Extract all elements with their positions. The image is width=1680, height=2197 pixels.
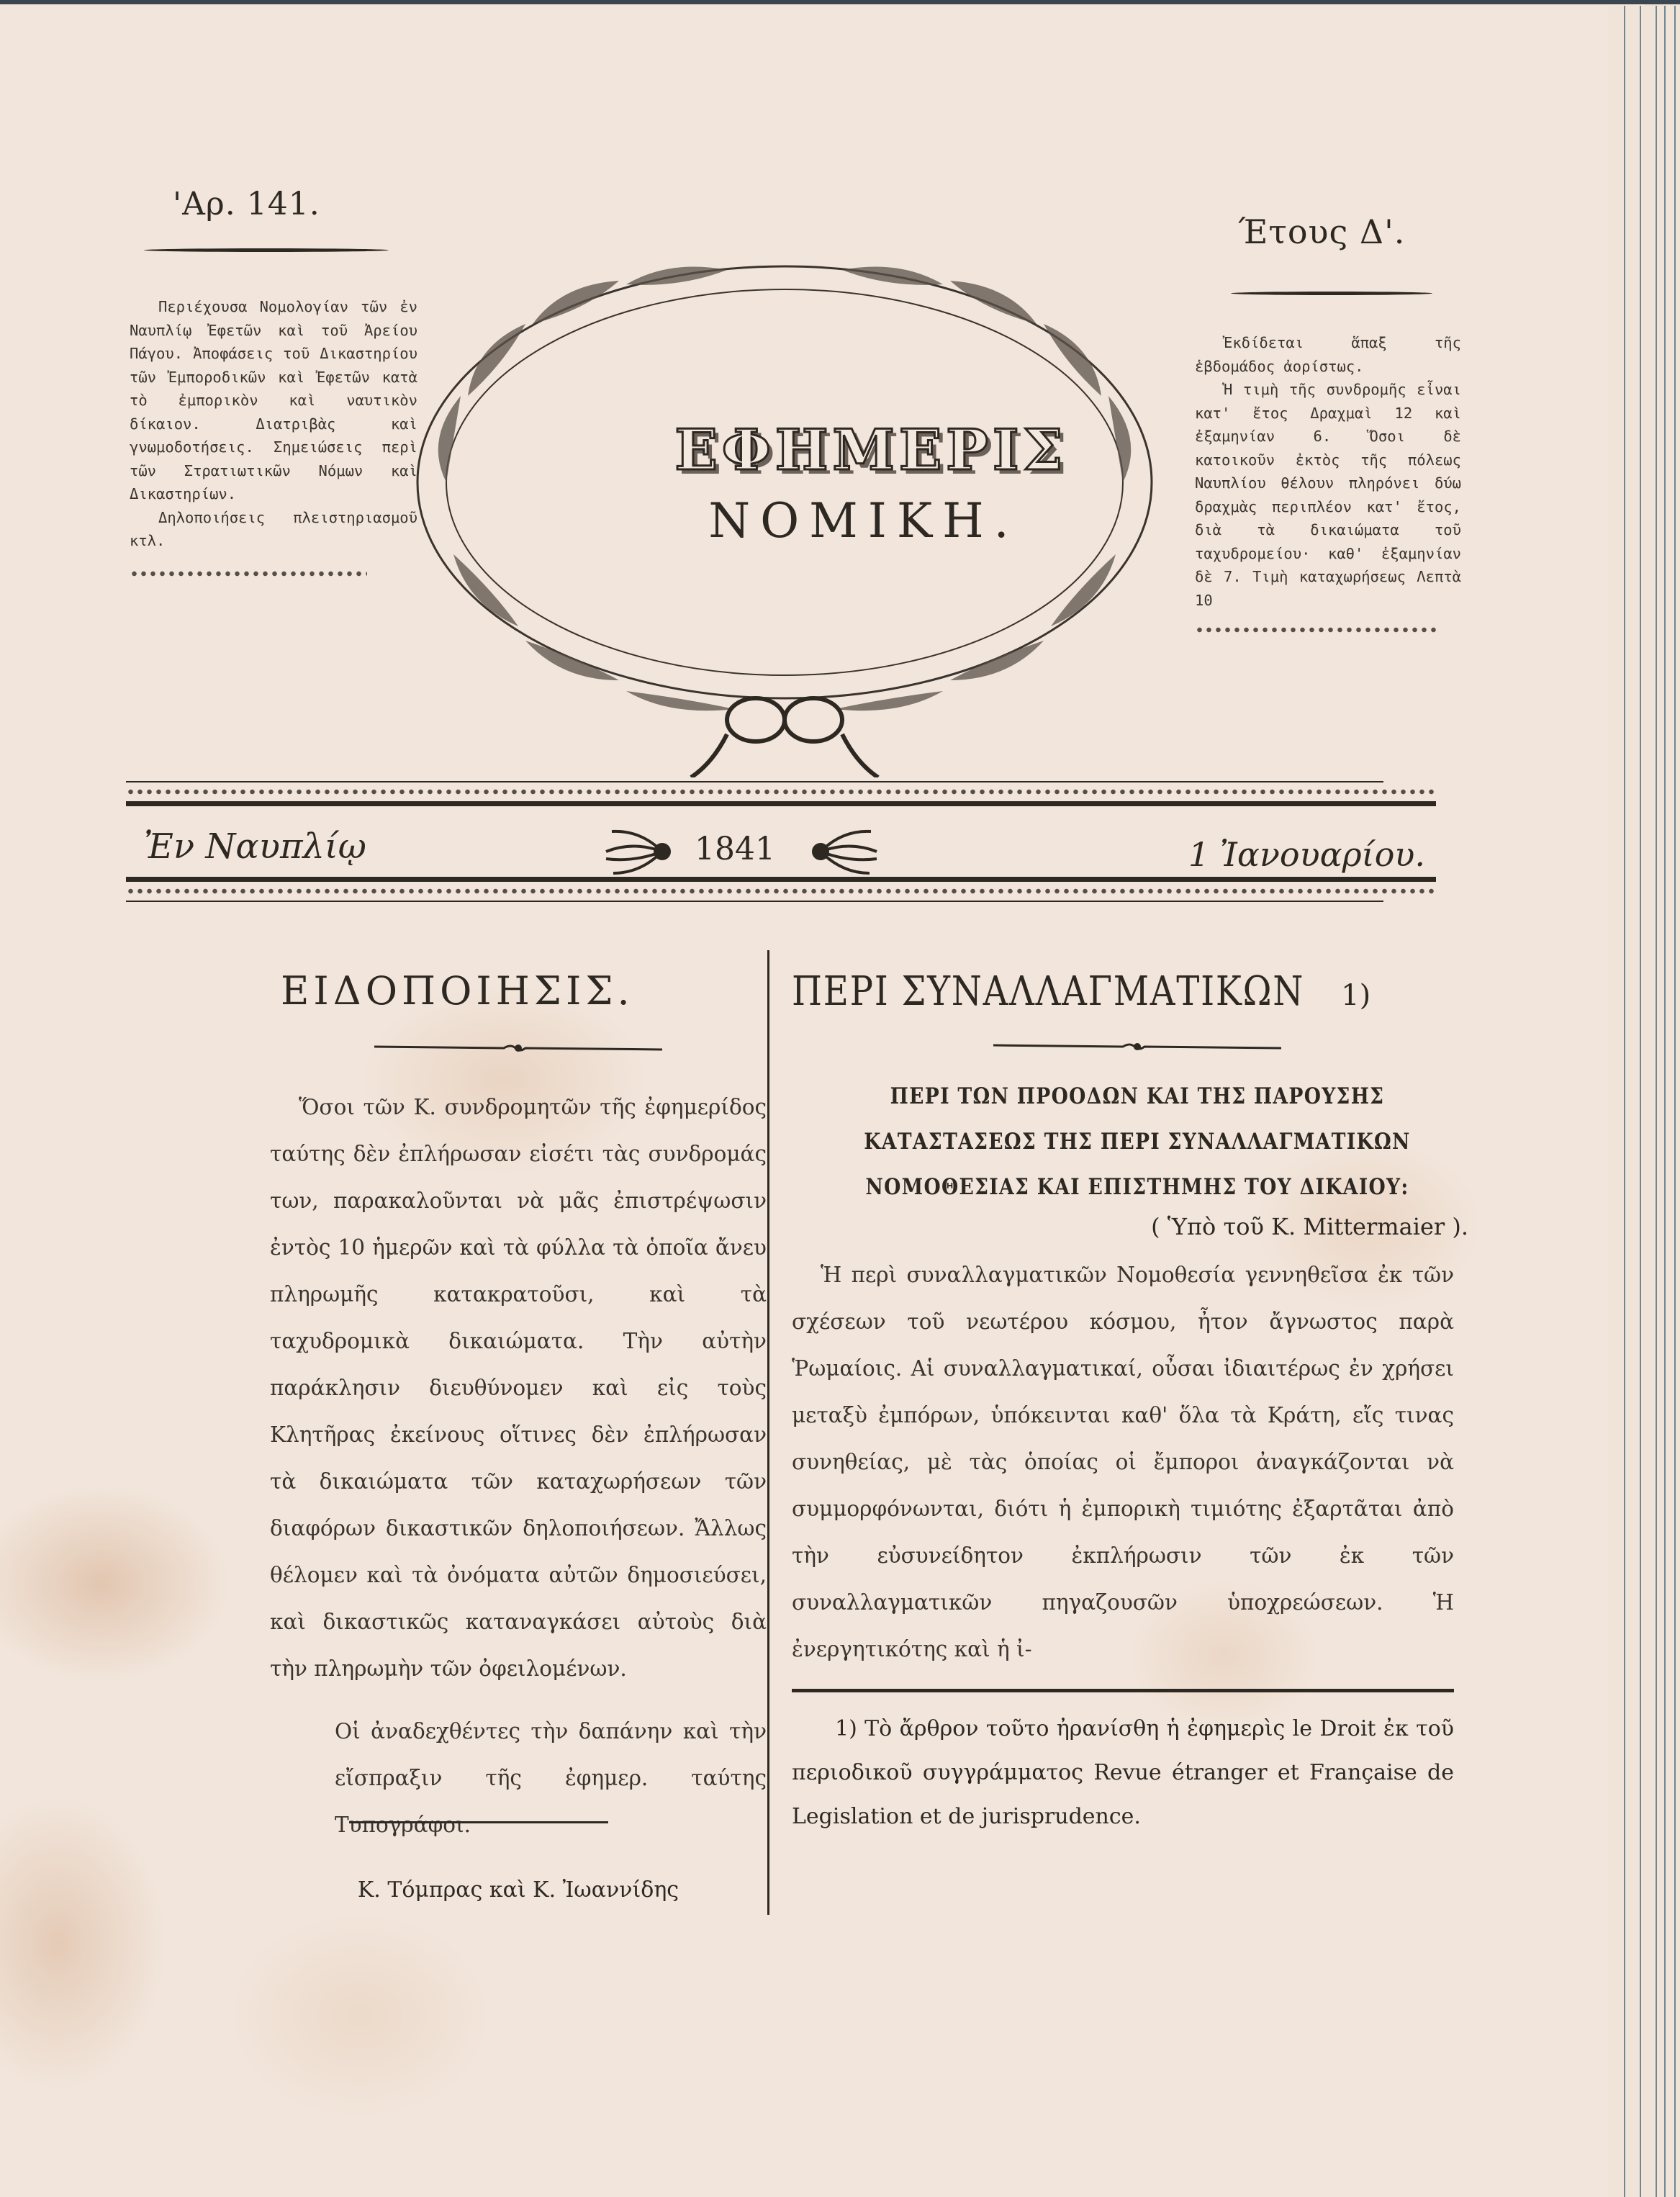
end-rule [349, 1821, 608, 1823]
dotted-rule [130, 570, 367, 577]
notice-paragraph: Οἱ ἀναδεχθέντες τὴν δαπάνην καὶ τὴν εἴσπ… [270, 1708, 767, 1849]
page-edge-stack [1608, 6, 1680, 2197]
footnote-marker: 1) [1341, 979, 1370, 1012]
article-column: ΠΕΡΙ ΣΥΝΑΛΛΑΓΜΑΤΙΚΩΝ 1) ΠΕΡΙ ΤΩΝ ΠΡΟΟΔΩΝ… [792, 968, 1483, 1839]
article-body: Ἡ περὶ συναλλαγματικῶν Νομοθεσία γεννηθε… [792, 1252, 1454, 1673]
scan-top-edge [0, 0, 1680, 4]
right-description-para: Ἡ τιμὴ τῆς συνδρομῆς εἶναι κατ' ἔτος Δρα… [1195, 378, 1461, 612]
dateline-date: 1 Ἰανουαρίου. [1188, 835, 1425, 874]
volume-year: Έτους Δ'. [1238, 212, 1405, 251]
year-underline [1231, 292, 1432, 295]
masthead-subtitle: ΝΟΜΙΚΗ. [605, 493, 1123, 549]
footnote-rule [792, 1689, 1454, 1692]
notice-column: ΕΙΔΟΠΟΙΗΣΙΣ. Ὅσοι τῶν Κ. συνδρομητῶν τῆς… [270, 968, 767, 1903]
palmette-ornament-icon [597, 826, 677, 877]
notice-body: Ὅσοι τῶν Κ. συνδρομητῶν τῆς ἐφημερίδος τ… [270, 1084, 767, 1849]
newspaper-page: 'Αρ. 141. Έτους Δ'. Περιέχουσα Νομολογία… [0, 0, 1645, 2197]
left-description-para: Δηλοποιήσεις πλειστηριασμοῦ κτλ. [130, 506, 417, 553]
notice-title: ΕΙΔΟΠΟΙΗΣΙΣ. [270, 968, 767, 1014]
dateline-place: Ἐν Ναυπλίῳ [144, 826, 366, 867]
issue-number: 'Αρ. 141. [173, 186, 320, 222]
article-byline: ( Ὑπὸ τοῦ Κ. Mittermaier ). [792, 1213, 1468, 1240]
left-description-para: Περιέχουσα Νομολογίαν τῶν ἐν Ναυπλίῳ Ἐφε… [130, 295, 417, 506]
article-footnote: 1) Τὸ ἄρθρον τοῦτο ἠρανίσθη ἡ ἐφημερὶς l… [792, 1707, 1454, 1839]
issue-underline [144, 248, 389, 252]
left-description: Περιέχουσα Νομολογίαν τῶν ἐν Ναυπλίῳ Ἐφε… [130, 295, 417, 577]
column-divider [767, 950, 769, 1915]
flourish-ornament-icon [374, 1041, 662, 1055]
bottom-band-rules [126, 877, 1436, 902]
top-band-rules [126, 781, 1436, 806]
masthead-title: ΕΦΗΜΕΡΙΣ [590, 418, 1152, 483]
article-subtitle: ΠΕΡΙ ΤΩΝ ΠΡΟΟΔΩΝ ΚΑΙ ΤΗΣ ΠΑΡΟΥΣΗΣ ΚΑΤΑΣΤ… [840, 1074, 1435, 1210]
right-description-para: Ἐκδίδεται ἅπαξ τῆς ἑβδομάδος ἀορίστως. [1195, 331, 1461, 378]
article-title: ΠΕΡΙ ΣΥΝΑΛΛΑΓΜΑΤΙΚΩΝ [792, 968, 1304, 1015]
dateline-year: 1841 [695, 831, 775, 867]
right-description: Ἐκδίδεται ἅπαξ τῆς ἑβδομάδος ἀορίστως. Ἡ… [1195, 331, 1461, 633]
dotted-rule [1195, 626, 1440, 633]
notice-paragraph: Ὅσοι τῶν Κ. συνδρομητῶν τῆς ἐφημερίδος τ… [270, 1084, 767, 1692]
article-paragraph: Ἡ περὶ συναλλαγματικῶν Νομοθεσία γεννηθε… [792, 1252, 1454, 1673]
flourish-ornament-icon [993, 1039, 1281, 1054]
notice-signature: Κ. Τόμπρας καὶ Κ. Ἰωαννίδης [270, 1877, 767, 1903]
palmette-ornament-icon [806, 826, 885, 877]
dateline: Ἐν Ναυπλίῳ 1841 1 Ἰανουαρίου. [144, 826, 1425, 884]
